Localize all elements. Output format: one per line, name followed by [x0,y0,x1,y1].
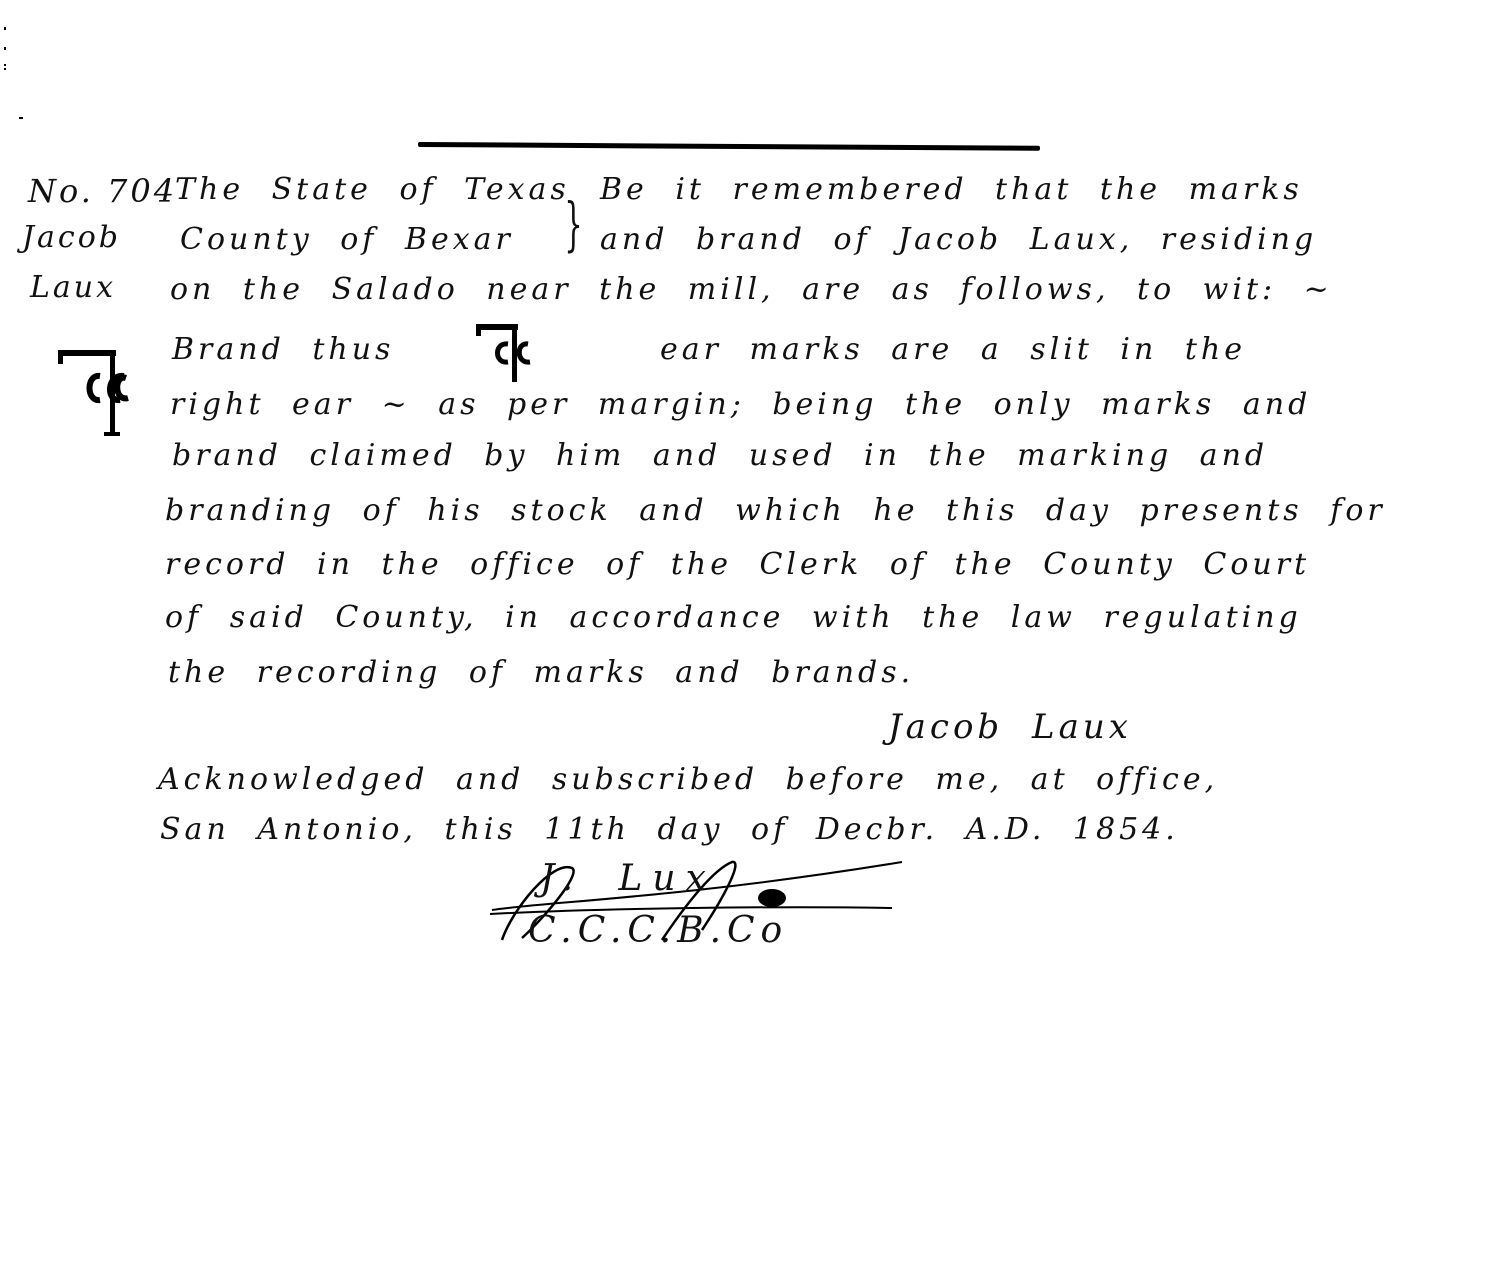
scan-speck [4,64,6,66]
header-rule [418,142,1040,151]
body-line-7: branding of his stock and which he this … [165,493,1386,528]
body-line-9: of said County, in accordance with the l… [165,600,1302,635]
curly-brace: } [564,195,582,253]
brand-icon [474,322,544,384]
document-page: No. 704 Jacob Laux The State of Texas Co… [0,0,1500,1276]
body-line-4a: Brand thus [172,332,394,367]
body-line-5: right ear ~ as per margin; being the onl… [170,387,1311,422]
margin-name-first: Jacob [22,220,121,255]
heading-county: County of Bexar [180,222,514,257]
body-line-4b: ear marks are a slit in the [660,332,1246,367]
acknowledgement-line-2: San Antonio, this 11th day of Decbr. A.D… [160,812,1179,847]
brand-mark-margin [56,346,146,438]
record-number: No. 704 [28,172,177,210]
body-line-1: Be it remembered that the marks [600,172,1303,207]
margin-name-last: Laux [30,270,116,305]
scan-speck [4,27,6,30]
heading-state: The State of Texas [175,172,570,207]
applicant-signature: Jacob Laux [888,707,1132,747]
body-line-6: brand claimed by him and used in the mar… [172,438,1268,473]
body-line-2: and brand of Jacob Laux, residing [600,222,1317,257]
body-line-8: record in the office of the Clerk of the… [165,547,1310,582]
scan-speck [4,68,6,70]
brand-mark-inline [474,322,544,384]
clerk-title: C.C.C.B.Co [528,910,788,951]
acknowledgement-line-1: Acknowledged and subscribed before me, a… [158,762,1218,797]
brand-icon [56,346,146,438]
clerk-name: J. Lux [540,858,716,899]
scan-speck [19,117,23,119]
body-line-10: the recording of marks and brands. [168,655,914,690]
body-line-3: on the Salado near the mill, are as foll… [170,272,1333,307]
scan-speck [4,47,6,50]
